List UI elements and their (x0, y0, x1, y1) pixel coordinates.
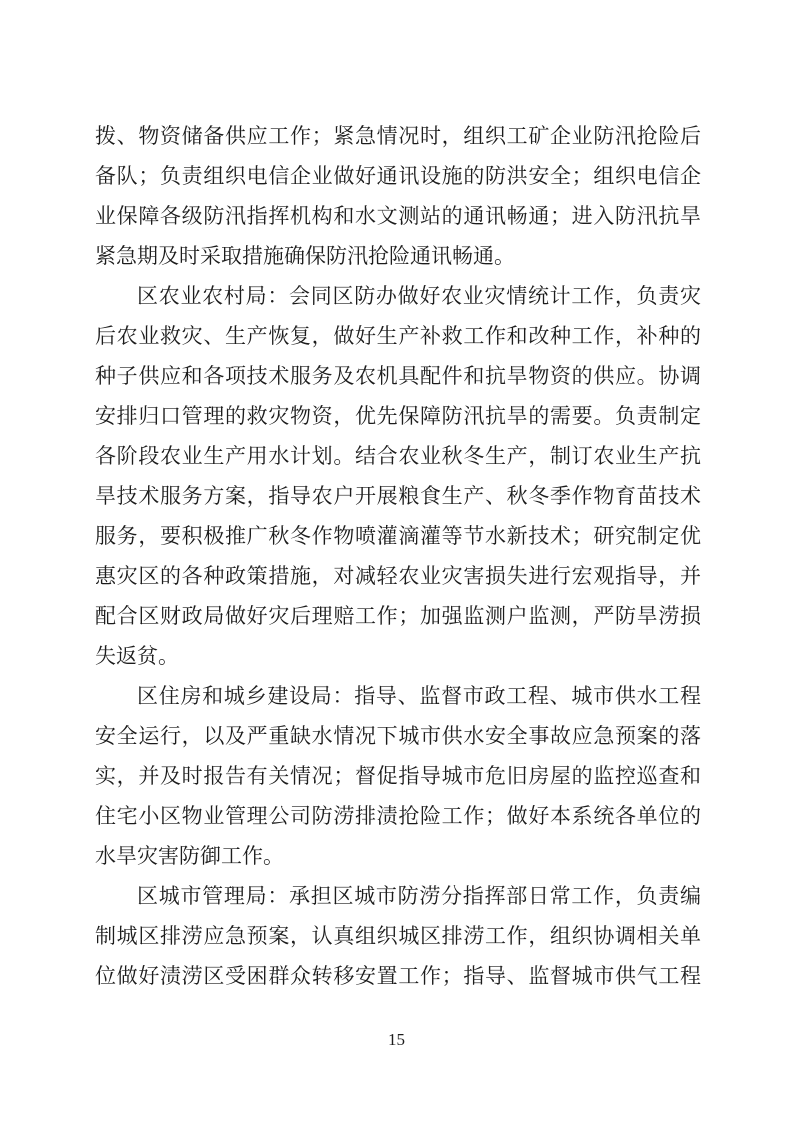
text-line: 制城区排涝应急预案，认真组织城区排涝工作，组织协调相关单 (95, 916, 701, 956)
text-line: 安排归口管理的救灾物资，优先保障防汛抗旱的需要。负责制定 (95, 396, 701, 436)
text-line: 紧急期及时采取措施确保防汛抢险通讯畅通。 (95, 236, 701, 276)
page-number: 15 (0, 1028, 793, 1052)
text-line: 安全运行，以及严重缺水情况下城市供水安全事故应急预案的落 (95, 716, 701, 756)
text-line: 实，并及时报告有关情况；督促指导城市危旧房屋的监控巡查和 (95, 756, 701, 796)
text-line: 失返贫。 (95, 636, 701, 676)
text-line: 拨、物资储备供应工作；紧急情况时，组织工矿企业防汛抢险后 (95, 116, 701, 156)
text-line: 惠灾区的各种政策措施，对减轻农业灾害损失进行宏观指导，并 (95, 556, 701, 596)
text-line: 后农业救灾、生产恢复，做好生产补救工作和改种工作，补种的 (95, 316, 701, 356)
text-line: 业保障各级防汛指挥机构和水文测站的通讯畅通；进入防汛抗旱 (95, 196, 701, 236)
text-line: 配合区财政局做好灾后理赔工作；加强监测户监测，严防旱涝损 (95, 596, 701, 636)
document-page: 拨、物资储备供应工作；紧急情况时，组织工矿企业防汛抢险后备队；负责组织电信企业做… (0, 0, 793, 1122)
text-line: 旱技术服务方案，指导农户开展粮食生产、秋冬季作物育苗技术 (95, 476, 701, 516)
text-line: 位做好渍涝区受困群众转移安置工作；指导、监督城市供气工程 (95, 956, 701, 996)
text-line: 服务，要积极推广秋冬作物喷灌滴灌等节水新技术；研究制定优 (95, 516, 701, 556)
text-line: 区农业农村局：会同区防办做好农业灾情统计工作，负责灾 (95, 276, 701, 316)
text-line: 种子供应和各项技术服务及农机具配件和抗旱物资的供应。协调 (95, 356, 701, 396)
text-line: 备队；负责组织电信企业做好通讯设施的防洪安全；组织电信企 (95, 156, 701, 196)
text-line: 区城市管理局：承担区城市防涝分指挥部日常工作，负责编 (95, 876, 701, 916)
document-body: 拨、物资储备供应工作；紧急情况时，组织工矿企业防汛抢险后备队；负责组织电信企业做… (95, 116, 701, 996)
text-line: 住宅小区物业管理公司防涝排渍抢险工作；做好本系统各单位的 (95, 796, 701, 836)
text-line: 区住房和城乡建设局：指导、监督市政工程、城市供水工程 (95, 676, 701, 716)
text-line: 各阶段农业生产用水计划。结合农业秋冬生产，制订农业生产抗 (95, 436, 701, 476)
text-line: 水旱灾害防御工作。 (95, 836, 701, 876)
